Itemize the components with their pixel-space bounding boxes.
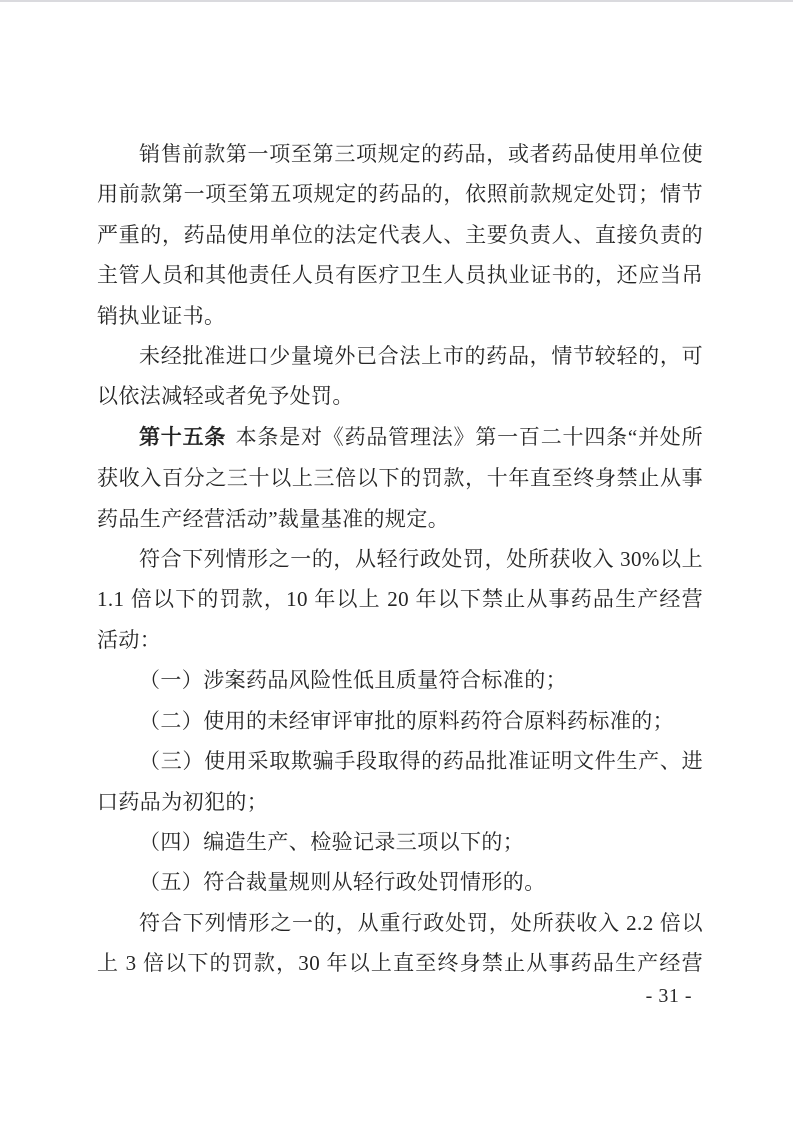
paragraph-severe-punishment-intro: 符合下列情形之一的，从重行政处罚，处所获收入 2.2 倍以上 3 倍以下的罚款，… (97, 903, 703, 984)
list-item-1: （一）涉案药品风险性低且质量符合标准的； (97, 660, 703, 700)
list-item-3: （三）使用采取欺骗手段取得的药品批准证明文件生产、进口药品为初犯的； (97, 741, 703, 822)
document-body: 销售前款第一项至第三项规定的药品，或者药品使用单位使用前款第一项至第五项规定的药… (97, 134, 703, 984)
article-number-heading: 第十五条 (139, 426, 226, 449)
paragraph-lenient-punishment-intro: 符合下列情形之一的，从轻行政处罚，处所获收入 30%以上 1.1 倍以下的罚款，… (97, 539, 703, 660)
document-page: 销售前款第一项至第三项规定的药品，或者药品使用单位使用前款第一项至第五项规定的药… (0, 0, 793, 1122)
list-item-4: （四）编造生产、检验记录三项以下的； (97, 822, 703, 862)
scan-edge-line (0, 0, 793, 2)
paragraph-penalty-sale: 销售前款第一项至第三项规定的药品，或者药品使用单位使用前款第一项至第五项规定的药… (97, 134, 703, 336)
list-item-5: （五）符合裁量规则从轻行政处罚情形的。 (97, 862, 703, 902)
page-number: - 31 - (646, 983, 692, 1009)
list-item-2: （二）使用的未经审评审批的原料药符合原料药标准的； (97, 701, 703, 741)
paragraph-unapproved-import: 未经批准进口少量境外已合法上市的药品，情节较轻的，可以依法减轻或者免予处罚。 (97, 336, 703, 417)
paragraph-article-15: 第十五条本条是对《药品管理法》第一百二十四条“并处所获收入百分之三十以上三倍以下… (97, 417, 703, 539)
